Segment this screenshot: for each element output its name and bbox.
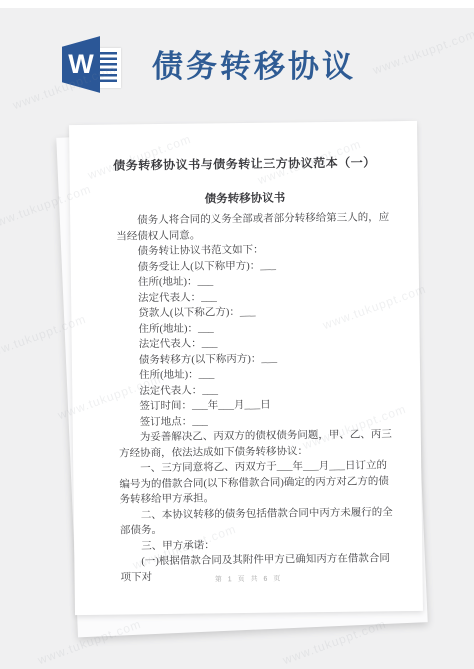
doc-paragraph: 债务人将合同的义务全部或者部分转移给第三人的，应当经债权人同意。: [116, 210, 394, 244]
document-title: 债务转移协议书与债务转让三方协议范本（一）: [93, 155, 395, 174]
doc-paragraph: 二、本协议转移的债务包括借款合同中丙方未履行的全部债务。: [120, 505, 398, 539]
doc-paragraph: 为妥善解决乙、丙双方的债权债务问题，甲、乙、丙三方经协商，依法达成如下债务转移协…: [119, 427, 397, 461]
page-number-footer: 第 1 页 共 6 页: [74, 569, 422, 589]
document-subtitle: 债务转移协议书: [94, 190, 396, 209]
page-main: 债务转移协议书与债务转让三方协议范本（一） 债务转移协议书 债务人将合同的义务全…: [69, 121, 423, 615]
doc-paragraph: 一、三方同意将乙、丙双方于___年___月___日订立的编号为的借款合同(以下称…: [119, 458, 398, 508]
document-preview[interactable]: 债务转移协议书与债务转让三方协议范本（一） 债务转移协议书 债务人将合同的义务全…: [0, 0, 474, 669]
